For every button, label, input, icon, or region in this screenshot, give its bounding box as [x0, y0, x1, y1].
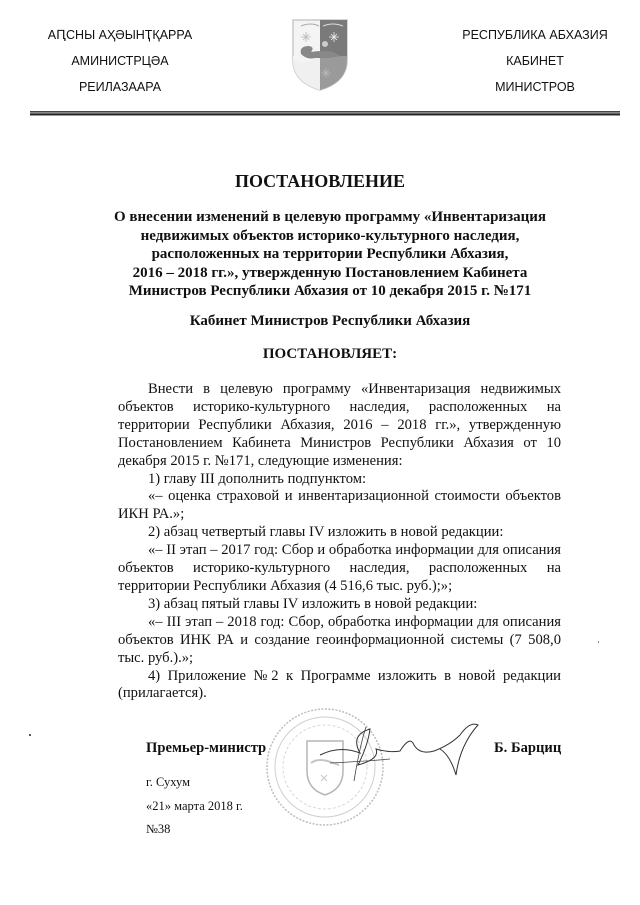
subject-line: Министров Республики Абхазия от 10 декаб…: [100, 282, 560, 301]
header-right-line-1: РЕСПУБЛИКА АБХАЗИЯ: [440, 22, 630, 48]
header-right-line-3: МИНИСТРОВ: [440, 74, 630, 100]
header-divider-line-top: [30, 111, 620, 112]
signatory-position: Премьер-министр: [146, 740, 266, 757]
header-left-line-1: АԤСНЫ АҲӘЫНҬҚАРРА: [30, 22, 210, 48]
coat-of-arms-icon: [289, 16, 351, 92]
subject-line: недвижимых объектов историко-культурного…: [100, 227, 560, 246]
issuing-authority: Кабинет Министров Республики Абхазия: [0, 313, 640, 330]
body-paragraph-intro: Внести в целевую программу «Инвентаризац…: [118, 381, 561, 471]
header-right-line-2: КАБИНЕТ: [440, 48, 630, 74]
scan-speck: [598, 641, 599, 643]
scan-speck: [29, 734, 31, 736]
body-item-3-text: «– III этап – 2018 год: Сбор, обработка …: [118, 614, 561, 668]
header-left-line-3: РЕИЛАЗААРА: [30, 74, 210, 100]
signatory-name: Б. Барциц: [494, 740, 561, 757]
document-date: «21» марта 2018 г.: [146, 799, 243, 814]
document-body: Внести в целевую программу «Инвентаризац…: [118, 381, 561, 703]
subject-line: О внесении изменений в целевую программу…: [100, 208, 560, 227]
body-item-2-text: «– II этап – 2017 год: Сбор и обработка …: [118, 542, 561, 596]
subject-line: расположенных на территории Республики А…: [100, 245, 560, 264]
header-russian-title: РЕСПУБЛИКА АБХАЗИЯ КАБИНЕТ МИНИСТРОВ: [440, 22, 630, 100]
header-abkhaz-title: АԤСНЫ АҲӘЫНҬҚАРРА АМИНИСТРЦӘА РЕИЛАЗААРА: [30, 22, 210, 100]
body-item-2: 2) абзац четвертый главы IV изложить в н…: [118, 524, 561, 542]
header-divider-line-bottom: [30, 114, 620, 115]
body-item-3: 3) абзац пятый главы IV изложить в новой…: [118, 596, 561, 614]
subject-line: 2016 – 2018 гг.», утвержденную Постановл…: [100, 264, 560, 283]
header-left-line-2: АМИНИСТРЦӘА: [30, 48, 210, 74]
document-subject: О внесении изменений в целевую программу…: [100, 208, 560, 301]
body-item-1: 1) главу III дополнить подпунктом:: [118, 471, 561, 489]
document-number: №38: [146, 822, 170, 837]
body-item-1-text: «– оценка страховой и инвентаризационной…: [118, 488, 561, 524]
document-title: ПОСТАНОВЛЕНИЕ: [0, 171, 640, 192]
signature-icon: [310, 715, 490, 785]
decree-heading: ПОСТАНОВЛЯЕТ:: [0, 346, 640, 363]
document-city: г. Сухум: [146, 775, 190, 790]
body-item-4: 4) Приложение №2 к Программе изложить в …: [118, 668, 561, 704]
